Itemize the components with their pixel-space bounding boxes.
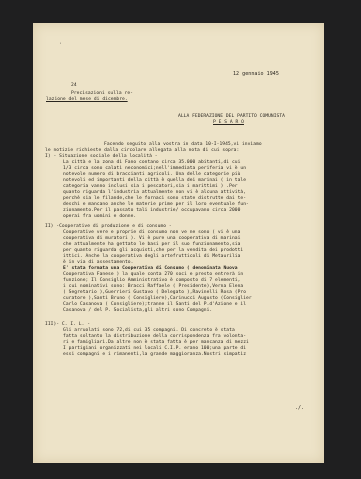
document-number: 24 [71, 83, 77, 89]
section3-body: Gli arruolati sono 72,di cui 35 compagni… [63, 328, 249, 358]
text-line: operai fra uomini e donne. [63, 214, 249, 220]
document-date: 12 gennaio 1945 [233, 71, 279, 77]
subject-line-2: lazione del mese di dicembre. [46, 97, 128, 103]
recipient-line-2: P E S A R O [213, 120, 244, 126]
ink-dot: · [59, 41, 62, 47]
continuation-mark: ./. [295, 405, 304, 411]
text-line: essi compagni e i rimanenti,la grande ma… [63, 352, 249, 358]
section1-body: La città e la zona di Fano contano circa… [63, 160, 249, 220]
document-page: · 12 gennaio 1945 24 Precisazioni sulla … [33, 23, 324, 463]
text-line: Casanova / del P. Socialista,gli altri s… [63, 308, 252, 314]
section2-body: Cooperative vere e proprie di consumo no… [63, 230, 252, 314]
